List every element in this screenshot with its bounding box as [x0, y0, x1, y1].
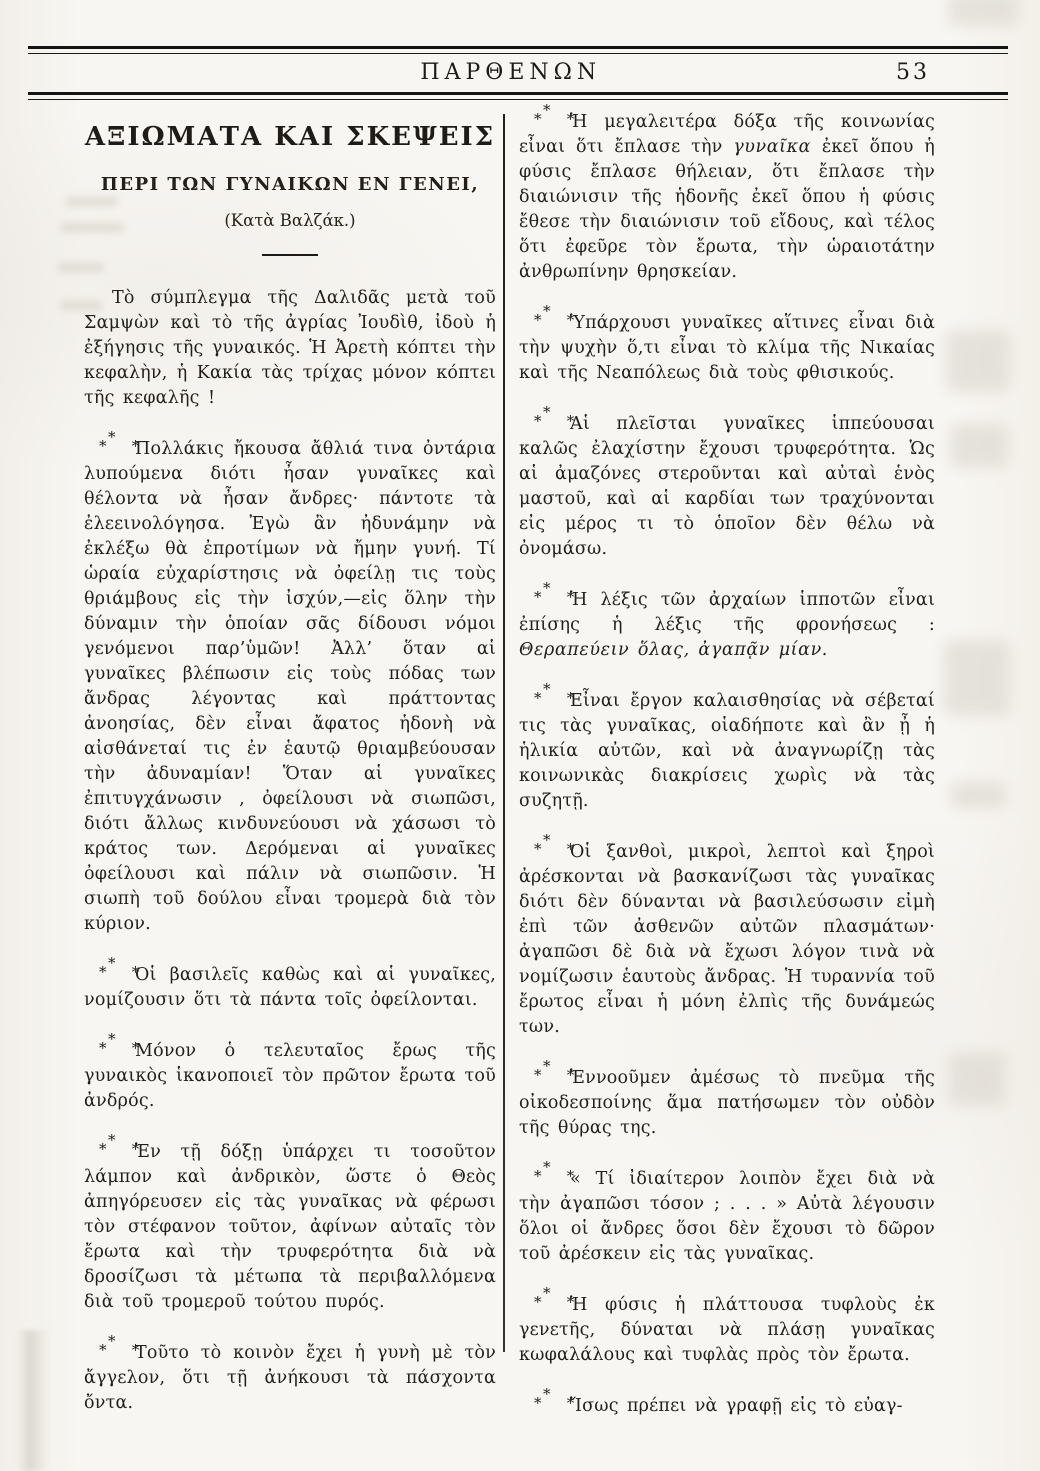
paragraph-text: Ἴσως πρέπει νὰ γραφῇ εἰς τὸ εὐαγ-	[570, 1396, 903, 1416]
scan-edge-shadow	[948, 1052, 1006, 1106]
running-head: ΠΑΡΘΕΝΩΝ 53	[28, 54, 1008, 92]
section-rule	[262, 254, 318, 256]
scan-edge-shadow	[944, 640, 1010, 716]
scan-edge-shadow	[946, 330, 1010, 392]
paragraph-text: Οἱ ξανθοὶ, μικροὶ, λεπτοὶ καὶ ξηροὶ ἀρέσ…	[519, 842, 935, 1037]
paragraph: ** *Οἱ ξανθοὶ, μικροὶ, λεπτοὶ καὶ ξηροὶ …	[519, 840, 935, 1040]
asterism-icon: ** *	[98, 968, 128, 980]
asterism-icon: ** *	[533, 115, 563, 127]
asterism-icon: ** *	[533, 593, 563, 605]
asterism-icon: ** *	[533, 1071, 563, 1083]
paragraph: ** *Ἡ λέξις τῶν ἀρχαίων ἱπποτῶν εἶναι ἐπ…	[519, 588, 935, 663]
paragraph-text: ἐκεῖ ὅπου ἡ φύσις ἔπλασε θήλειαν, ὅτι ἔπ…	[519, 137, 935, 282]
asterism-icon: ** *	[533, 417, 563, 429]
paragraph: ** *Εἶναι ἔργον καλαισθησίας νὰ σέβεταί …	[519, 689, 935, 814]
asterism-icon: ** *	[98, 1346, 128, 1358]
paragraph: ** *Οἱ βασιλεῖς καθὼς καὶ αἱ γυναῖκες, ν…	[84, 963, 496, 1013]
paragraph: ** *Ἐν τῇ δόξῃ ὑπάρχει τι τοσοῦτον λάμπο…	[84, 1140, 496, 1315]
asterism-icon: ** *	[533, 1399, 563, 1411]
right-column-text: ** *Ἡ μεγαλειτέρα δόξα τῆς κοινωνίας εἶν…	[519, 110, 935, 1419]
paragraph-text: Πολλάκις ἤκουσα ἄθλιά τινα ὀντάρια λυπού…	[84, 439, 496, 934]
paragraph: ** *Ἡ φύσις ἡ πλάττουσα τυφλοὺς ἐκ γενετ…	[519, 1293, 935, 1368]
top-double-rule	[28, 46, 1008, 54]
paragraph-text: Τὸ σύμπλεγμα τῆς Δαλιδᾶς μετὰ τοῦ Σαμψὼν…	[84, 288, 496, 408]
paragraph: ** *Ἡ μεγαλειτέρα δόξα τῆς κοινωνίας εἶν…	[519, 110, 935, 285]
asterism-icon: ** *	[533, 316, 563, 328]
paragraph-text: Ἐν τῇ δόξῃ ὑπάρχει τι τοσοῦτον λάμπον κα…	[84, 1142, 496, 1312]
asterism-icon: ** *	[533, 1172, 563, 1184]
asterism-icon: ** *	[533, 845, 563, 857]
paragraph: ** *Τοῦτο τὸ κοινὸν ἔχει ἡ γυνὴ μὲ τὸν ἄ…	[84, 1341, 496, 1416]
paragraph-text: Εἶναι ἔργον καλαισθησίας νὰ σέβεταί τις …	[519, 691, 935, 811]
scanned-page: ΠΑΡΘΕΝΩΝ 53 ΑΞΙΩΜΑΤΑ ΚΑΙ ΣΚΕΨΕΙΣ ΠΕΡΙ ΤΩ…	[0, 0, 1040, 1471]
paragraph: ** *Μόνον ὁ τελευταῖος ἔρως τῆς γυναικὸς…	[84, 1039, 496, 1114]
paragraph-text: γυναῖκα	[733, 137, 811, 157]
scan-fold-shadow	[16, 1330, 50, 1471]
article-head: ΑΞΙΩΜΑΤΑ ΚΑΙ ΣΚΕΨΕΙΣ ΠΕΡΙ ΤΩΝ ΓΥΝΑΙΚΩΝ Ε…	[84, 122, 496, 256]
left-column: ΑΞΙΩΜΑΤΑ ΚΑΙ ΣΚΕΨΕΙΣ ΠΕΡΙ ΤΩΝ ΓΥΝΑΙΚΩΝ Ε…	[84, 110, 496, 1442]
page-number: 53	[896, 60, 930, 85]
paragraph: ** *« Τί ἰδιαίτερον λοιπὸν ἔχει διὰ νὰ τ…	[519, 1167, 935, 1267]
header-bottom-double-rule	[28, 92, 1008, 100]
asterism-icon: ** *	[98, 1044, 128, 1056]
article-byline: (Κατὰ Βαλζάκ.)	[84, 211, 496, 230]
article-title: ΑΞΙΩΜΑΤΑ ΚΑΙ ΣΚΕΨΕΙΣ	[84, 122, 496, 152]
right-column: ** *Ἡ μεγαλειτέρα δόξα τῆς κοινωνίας εἶν…	[519, 110, 935, 1445]
scan-edge-shadow	[950, 782, 1006, 808]
paragraph: ** *Ἴσως πρέπει νὰ γραφῇ εἰς τὸ εὐαγ-	[519, 1394, 935, 1419]
paragraph: Τὸ σύμπλεγμα τῆς Δαλιδᾶς μετὰ τοῦ Σαμψὼν…	[84, 286, 496, 411]
asterism-icon: ** *	[533, 1298, 563, 1310]
paragraph: ** *Αἱ πλεῖσται γυναῖκες ἱππεύουσαι καλῶ…	[519, 412, 935, 562]
paragraph: ** *Ἐννοοῦμεν ἀμέσως τὸ πνεῦμα τῆς οἰκοδ…	[519, 1066, 935, 1141]
paragraph: ** *Ὑπάρχουσι γυναῖκες αἵτινες εἶναι διὰ…	[519, 311, 935, 386]
paragraph-text: Αἱ πλεῖσται γυναῖκες ἱππεύουσαι καλῶς ἐλ…	[519, 414, 935, 559]
page-header: ΠΑΡΘΕΝΩΝ 53	[0, 0, 1040, 100]
left-column-text: Τὸ σύμπλεγμα τῆς Δαλιδᾶς μετὰ τοῦ Σαμψὼν…	[84, 286, 496, 1416]
paragraph-text: Θεραπεύειν ὅλας, ἀγαπᾷν μίαν.	[519, 640, 828, 660]
journal-title: ΠΑΡΘΕΝΩΝ	[420, 60, 601, 85]
paragraph: ** *Πολλάκις ἤκουσα ἄθλιά τινα ὀντάρια λ…	[84, 437, 496, 937]
column-divider-rule	[503, 114, 505, 1352]
asterism-icon: ** *	[98, 1145, 128, 1157]
asterism-icon: ** *	[98, 442, 128, 454]
asterism-icon: ** *	[533, 694, 563, 706]
article-subtitle: ΠΕΡΙ ΤΩΝ ΓΥΝΑΙΚΩΝ ΕΝ ΓΕΝΕΙ,	[84, 174, 496, 195]
scan-edge-shadow	[950, 424, 1008, 468]
